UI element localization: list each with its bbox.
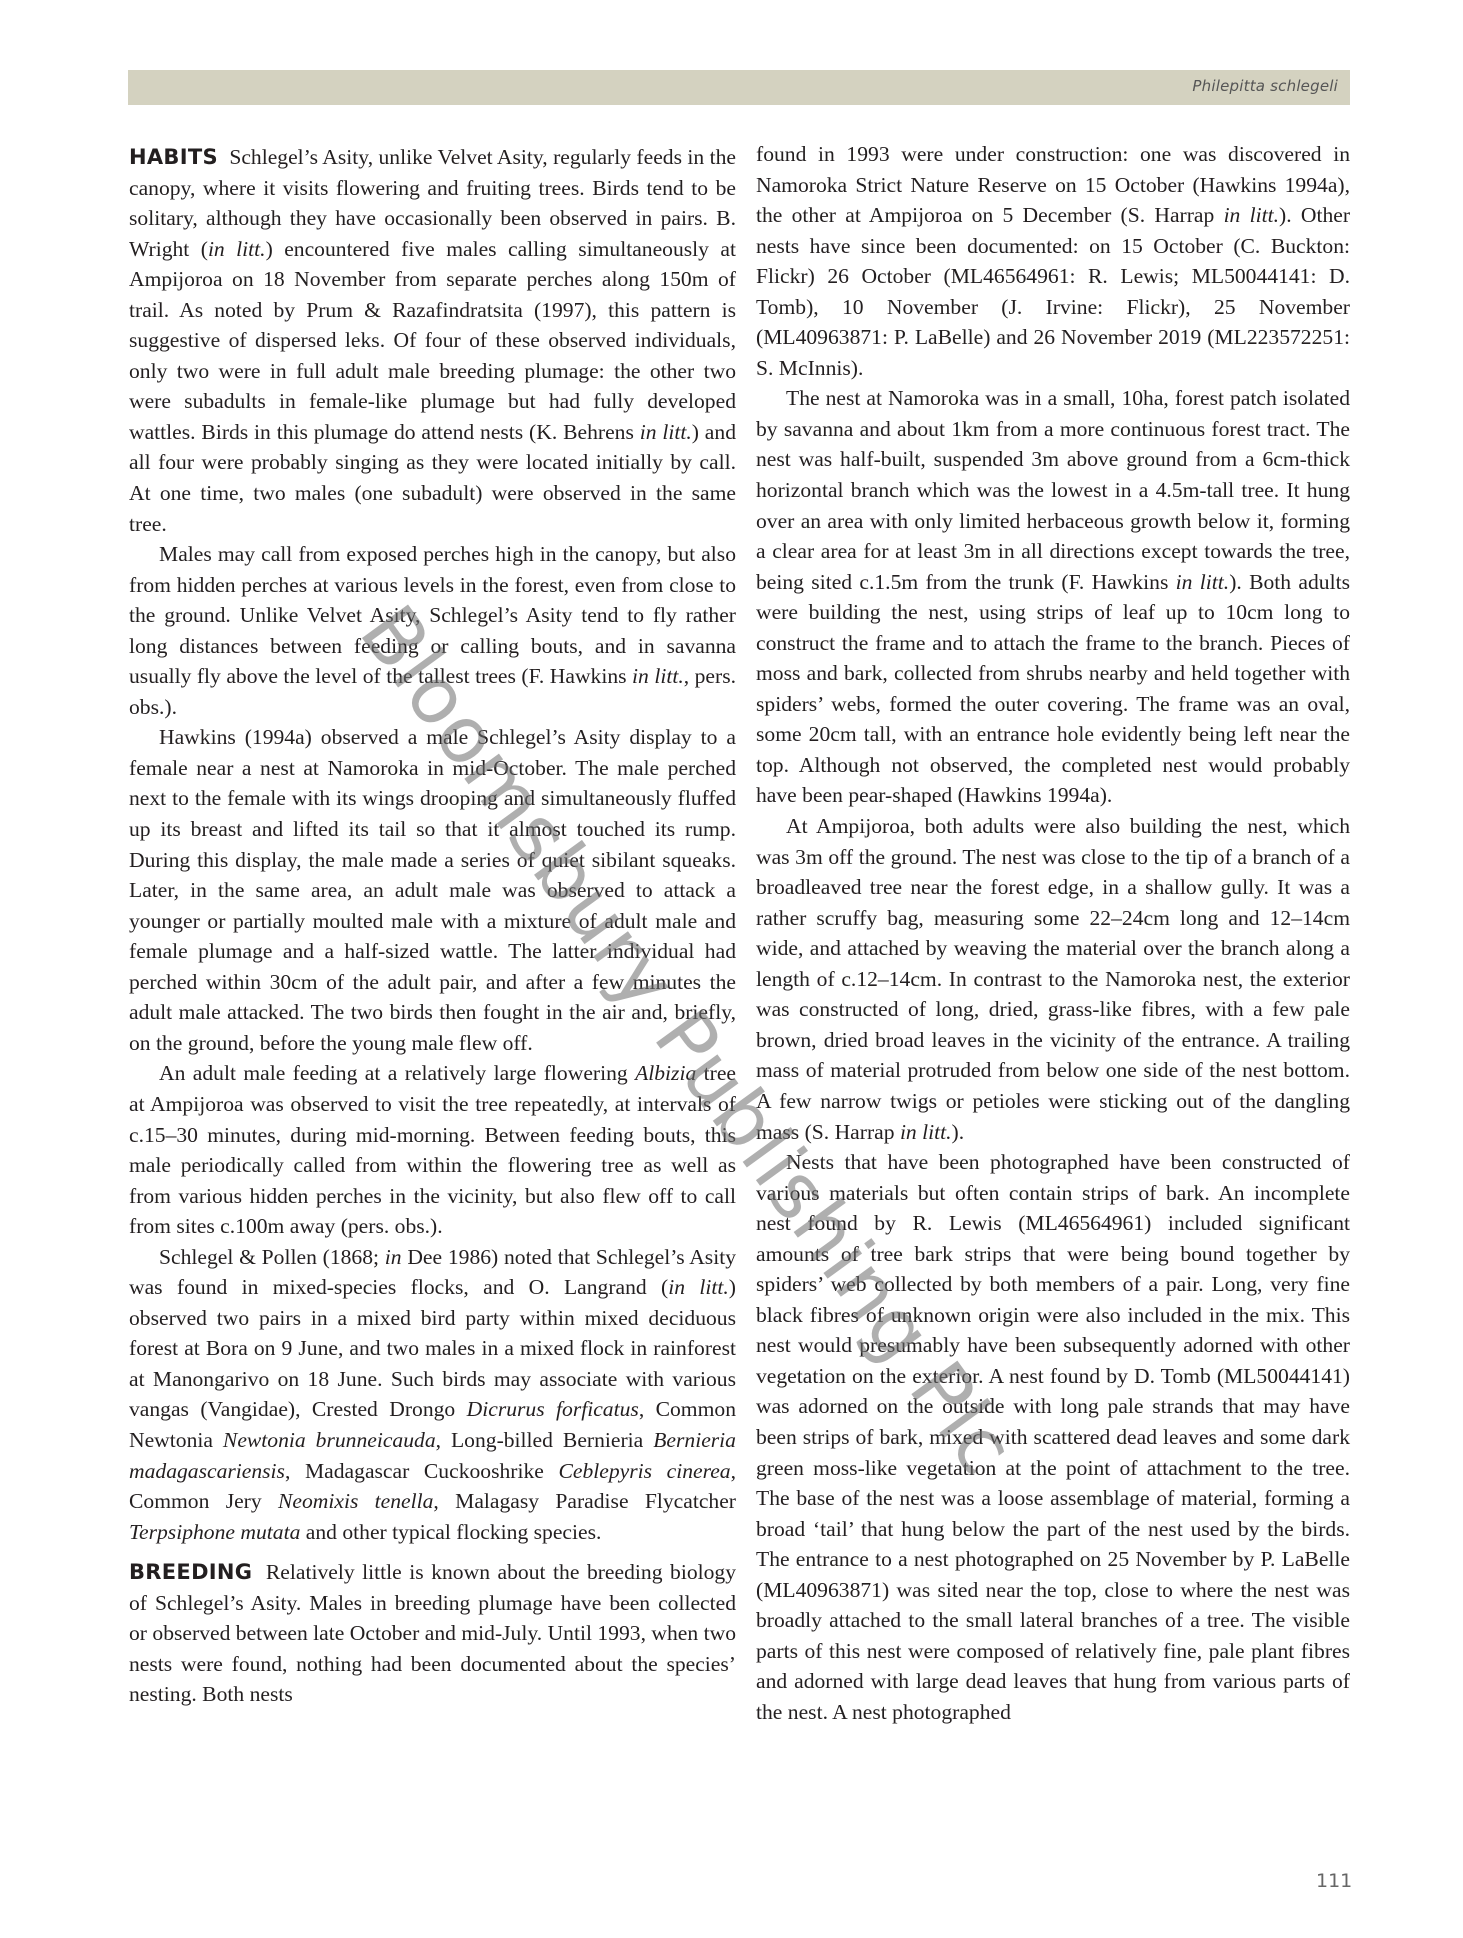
breeding-paragraph-ampijoroa-nest: At Ampijoroa, both adults were also buil… [756, 811, 1350, 1147]
running-header-bar: Philepitta schlegeli [128, 70, 1350, 105]
breeding-paragraph-continued: found in 1993 were under construction: o… [756, 139, 1350, 383]
habits-paragraph-3: Hawkins (1994a) observed a male Schlegel… [129, 722, 736, 1058]
habits-paragraph-1: HABITS Schlegel’s Asity, unlike Velvet A… [129, 142, 736, 539]
habits-paragraph-2: Males may call from exposed perches high… [129, 539, 736, 722]
habits-paragraph-5: Schlegel & Pollen (1868; in Dee 1986) no… [129, 1242, 736, 1547]
running-title: Philepitta schlegeli [1192, 77, 1338, 95]
section-heading-breeding: BREEDING [129, 1560, 252, 1584]
right-column: found in 1993 were under construction: o… [756, 139, 1350, 1727]
breeding-paragraph-namoroka-nest: The nest at Namoroka was in a small, 10h… [756, 383, 1350, 811]
page-number: 111 [1316, 1870, 1352, 1892]
habits-paragraph-4: An adult male feeding at a relatively la… [129, 1058, 736, 1241]
breeding-paragraph-photographed-nests: Nests that have been photographed have b… [756, 1147, 1350, 1727]
section-heading-habits: HABITS [129, 145, 218, 169]
left-column: HABITS Schlegel’s Asity, unlike Velvet A… [129, 142, 736, 1710]
breeding-paragraph-1: BREEDING Relatively little is known abou… [129, 1557, 736, 1710]
